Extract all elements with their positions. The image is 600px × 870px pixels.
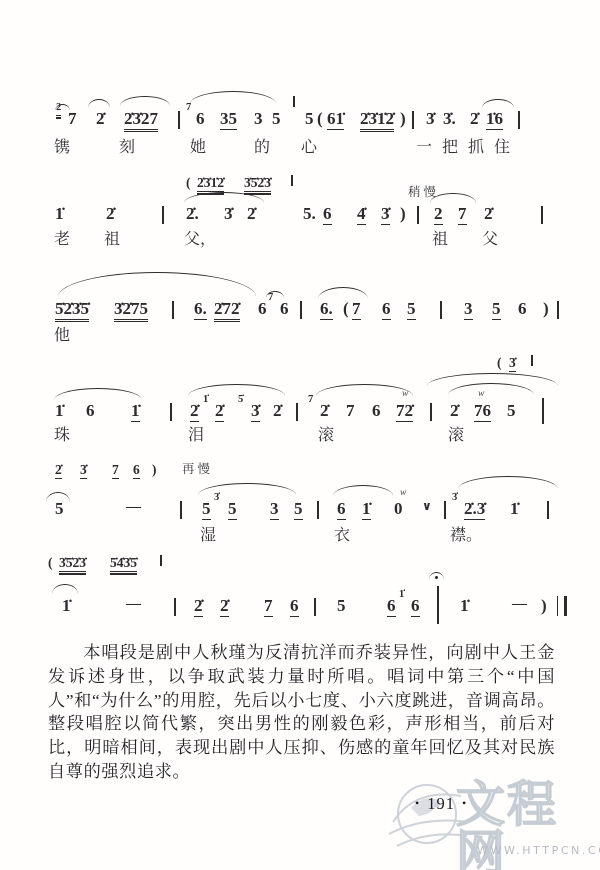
note-token: 2 bbox=[434, 205, 443, 225]
note-token: 5̇2̇3̇5̇ bbox=[55, 300, 89, 320]
note-token: 2̇ bbox=[273, 402, 282, 419]
duration-dash: — bbox=[126, 500, 141, 515]
note-token: 1̇ bbox=[55, 402, 64, 419]
note-token: 3̇ bbox=[381, 205, 390, 225]
lyric-char: 一 bbox=[416, 140, 432, 156]
barline bbox=[317, 501, 319, 519]
pickup-note: 5̇4̇3̇5̇ bbox=[110, 556, 137, 572]
barline bbox=[300, 301, 302, 319]
pickup-note: 2̇ bbox=[55, 463, 62, 479]
note-token: 2̇3̇27 bbox=[124, 110, 158, 130]
note-token: 2̇ bbox=[220, 597, 229, 617]
lyric-char: 襟。 bbox=[450, 528, 482, 544]
note-token: 3̇ bbox=[426, 110, 435, 127]
barline bbox=[293, 96, 295, 107]
note-token: 76 bbox=[474, 402, 491, 422]
footer-bullet-left: • bbox=[415, 796, 420, 810]
note-token: 6 bbox=[280, 300, 289, 317]
barline bbox=[518, 111, 520, 129]
note-token: 35 bbox=[220, 110, 237, 130]
grace-note: 1̇ bbox=[399, 590, 404, 601]
pickup-note: 3̇ bbox=[80, 463, 87, 479]
note-token: 2̇ bbox=[106, 205, 115, 222]
barline bbox=[430, 403, 432, 421]
lyric-char: 祖 bbox=[104, 232, 120, 248]
note-token: 6 bbox=[323, 205, 332, 225]
lyric-char: 她 bbox=[190, 140, 206, 156]
note-token: 1̇ bbox=[362, 500, 371, 520]
note-token: 6 bbox=[290, 597, 299, 617]
grace-note: 7 bbox=[308, 395, 313, 406]
pickup-note: ( bbox=[48, 556, 53, 570]
note-token: 2̇ bbox=[194, 597, 203, 617]
pickup-note: 3̇5̇2̇3̇ bbox=[59, 556, 86, 572]
note-token: 2̇ bbox=[484, 205, 493, 222]
watermark-site-url: WWW.HTTPCN.COM bbox=[477, 844, 600, 857]
lyric-char: 他 bbox=[54, 328, 70, 344]
pickup-note: ) bbox=[152, 463, 157, 477]
duration-dash: — bbox=[512, 597, 527, 612]
note-token: 61̇ bbox=[327, 110, 344, 130]
note-token: 5 bbox=[507, 402, 516, 419]
note-token: 7 bbox=[352, 300, 361, 320]
barline bbox=[291, 175, 293, 186]
note-token: 3̇ bbox=[224, 205, 233, 222]
barline bbox=[162, 206, 164, 224]
grace-note: 1̇ bbox=[203, 395, 208, 406]
note-token: 1̇ bbox=[131, 402, 140, 422]
barline bbox=[178, 111, 180, 129]
lyric-char: 的 bbox=[254, 140, 270, 156]
grace-note: 5̇ bbox=[238, 395, 243, 406]
note-token: 3 bbox=[464, 300, 473, 320]
note-token: 3̇2̇75 bbox=[114, 300, 148, 320]
note-token: 5 bbox=[492, 300, 501, 320]
note-token: 6. bbox=[194, 300, 207, 320]
duration-dash: — bbox=[126, 597, 141, 612]
note-token: ) bbox=[541, 597, 547, 614]
note-token: 1̇ bbox=[62, 597, 71, 614]
note-token: 2̇ bbox=[247, 205, 256, 222]
note-token: 6 bbox=[196, 110, 205, 127]
page-number: 191 bbox=[427, 794, 455, 813]
note-token: 7 bbox=[68, 110, 77, 127]
note-token: ) bbox=[400, 205, 406, 222]
barline bbox=[170, 403, 172, 421]
lyric-char: 滚 bbox=[448, 428, 464, 444]
lyric-char: 镌 bbox=[54, 140, 70, 156]
lyric-char: 祖 bbox=[432, 232, 448, 248]
lyric-char: 滚 bbox=[318, 428, 334, 444]
pickup-note: 3̇ bbox=[509, 356, 516, 372]
note-token: 5 bbox=[55, 500, 64, 517]
page-footer: •191• bbox=[408, 794, 474, 814]
barline bbox=[417, 206, 419, 224]
note-token: 2̇ bbox=[470, 110, 479, 127]
note-token: 7 bbox=[346, 402, 355, 419]
note-token: 6 bbox=[337, 500, 346, 520]
lyric-char: 心 bbox=[301, 140, 317, 156]
note-token: 0 bbox=[394, 500, 403, 517]
note-token: 6 bbox=[387, 597, 396, 617]
lyric-char: 父 bbox=[482, 232, 498, 248]
barline bbox=[542, 398, 544, 424]
lyric-char: 抓 bbox=[468, 140, 484, 156]
barline bbox=[541, 206, 543, 224]
note-token: 5 bbox=[305, 110, 314, 127]
lyric-char: 把 bbox=[442, 140, 458, 156]
commentary-paragraph: 本唱段是剧中人秋瑾为反清抗洋而乔装异性，向剧中人王金发诉述身世，以争取武装力量时… bbox=[48, 641, 555, 784]
barline bbox=[180, 501, 182, 519]
mordent-mark: w bbox=[400, 489, 406, 499]
note-token: ) bbox=[543, 300, 549, 317]
breath-mark: ∨ bbox=[422, 500, 432, 512]
note-token: 6 bbox=[372, 402, 381, 419]
lyric-char: 老 bbox=[54, 232, 70, 248]
note-token: 5 bbox=[272, 110, 281, 127]
note-token: 3 bbox=[254, 110, 263, 127]
note-token: 4̇ bbox=[357, 205, 366, 225]
pickup-note: ( bbox=[186, 176, 191, 190]
slur-arc bbox=[266, 291, 284, 298]
note-token: 5 bbox=[202, 500, 211, 520]
note-token: 6 bbox=[258, 300, 267, 317]
note-token: 6 bbox=[86, 402, 95, 419]
note-token: 1̇ bbox=[55, 205, 64, 222]
grace-note: 3̇ bbox=[452, 493, 457, 504]
barline bbox=[160, 555, 162, 566]
pickup-note: 3̇5̇2̇3̇ bbox=[244, 176, 271, 192]
note-token: 5 bbox=[228, 500, 237, 520]
pickup-note: 6 bbox=[133, 463, 140, 479]
barline bbox=[296, 403, 298, 421]
note-token: 2̇. bbox=[186, 205, 199, 222]
note-token: 7 bbox=[458, 205, 467, 225]
barline bbox=[531, 355, 533, 366]
lyric-char: 衣 bbox=[334, 528, 350, 544]
note-token: 5 bbox=[407, 300, 416, 320]
lyric-char: 住 bbox=[494, 140, 510, 156]
lyric-char: 珠 bbox=[54, 428, 70, 444]
lyric-char: 泪 bbox=[188, 428, 204, 444]
barline bbox=[172, 301, 174, 319]
note-token: 2̇ bbox=[96, 110, 105, 127]
lyric-char: 湿 bbox=[200, 528, 216, 544]
barline bbox=[444, 501, 446, 519]
note-token: 5 bbox=[294, 500, 303, 520]
note-token: 2̇ bbox=[190, 402, 199, 422]
slur-arc bbox=[55, 104, 70, 111]
note-token: 1̇ bbox=[460, 597, 469, 614]
note-token: ) bbox=[400, 110, 406, 127]
note-token: 2̇3̇1̇2̇ bbox=[360, 110, 394, 130]
note-token: 6 bbox=[518, 300, 527, 317]
note-token: 5. bbox=[303, 205, 316, 222]
tempo-annotation: 再慢 bbox=[182, 463, 213, 476]
note-token: ( bbox=[317, 110, 323, 127]
scanned-score-page: 文程网 WWW.HTTPCN.COM 272̇2̇3̇277635355(61̇… bbox=[0, 0, 600, 870]
barline bbox=[174, 598, 176, 616]
note-token: ( bbox=[343, 300, 349, 317]
note-token: 1̇ bbox=[510, 500, 519, 517]
note-token: 6 bbox=[382, 300, 391, 320]
pickup-note: 7 bbox=[112, 463, 119, 479]
lyric-char: 父， bbox=[184, 232, 216, 248]
note-token: 3̇. bbox=[443, 110, 456, 127]
grace-note: 7 bbox=[186, 103, 191, 114]
note-token: 5 bbox=[337, 597, 346, 614]
note-token: 7 bbox=[264, 597, 273, 617]
final-barline bbox=[557, 596, 567, 616]
barline bbox=[440, 301, 442, 319]
note-token: 6 bbox=[411, 597, 420, 617]
note-token: 2̇ bbox=[320, 402, 329, 419]
footer-bullet-right: • bbox=[462, 796, 467, 810]
pickup-note: 2̇3̇1̇2̇ bbox=[197, 176, 224, 192]
note-token: 2̇72̇ bbox=[214, 300, 240, 320]
note-token: 2̇ bbox=[215, 402, 224, 422]
note-token: 72̇ bbox=[396, 402, 413, 422]
barline bbox=[412, 111, 414, 129]
note-token: 6. bbox=[320, 300, 333, 320]
barline bbox=[557, 301, 559, 319]
pickup-note: ( bbox=[497, 356, 502, 370]
barline bbox=[547, 501, 549, 519]
note-token: 3 bbox=[270, 500, 279, 520]
barline bbox=[314, 598, 316, 616]
note-token: 2̇.3̇ bbox=[464, 500, 485, 520]
lyric-char: 刻 bbox=[119, 140, 135, 156]
note-token: 2̇ bbox=[450, 402, 459, 419]
barline bbox=[437, 586, 439, 624]
note-token: 1̇6 bbox=[486, 110, 503, 130]
note-token: 3̇ bbox=[251, 402, 260, 422]
